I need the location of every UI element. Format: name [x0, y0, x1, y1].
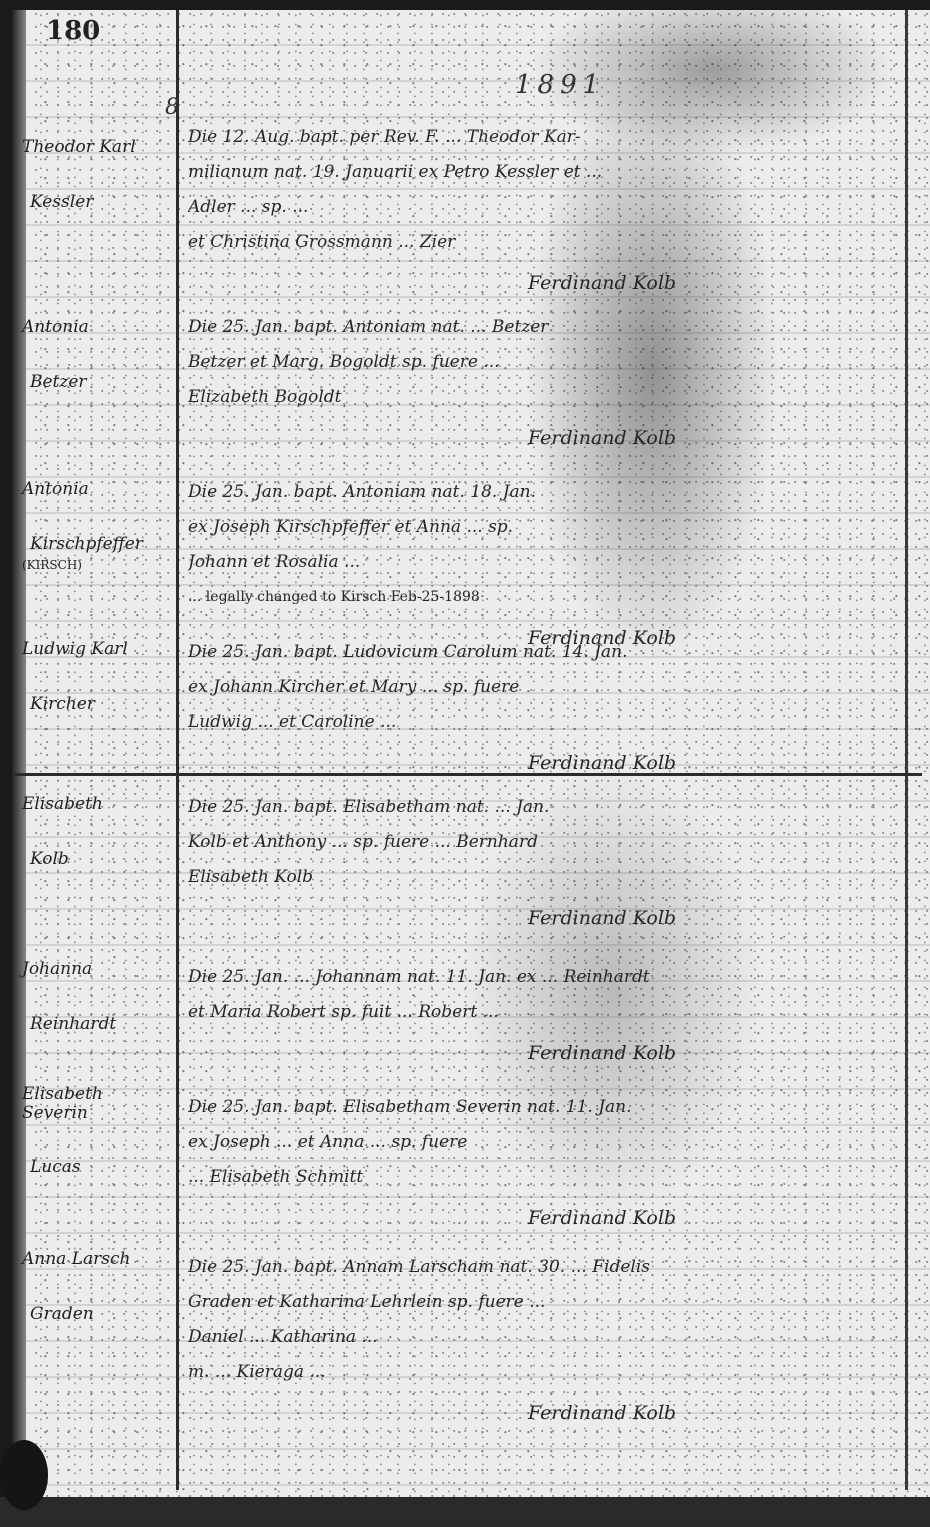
- given-name: Antonia: [22, 318, 174, 337]
- entry-number: 8: [165, 95, 179, 120]
- entry-line: Daniel ... Katharina ...: [188, 1320, 888, 1355]
- entry-line: Die 25. Jan. bapt. Annam Larscham nat. 3…: [188, 1250, 888, 1285]
- surname: Kessler: [22, 193, 174, 212]
- surname: Lucas: [22, 1158, 174, 1177]
- given-name: Elisabeth Severin: [22, 1085, 174, 1122]
- entry-line: Graden et Katharina Lehrlein sp. fuere .…: [188, 1285, 888, 1320]
- entry-text: Die 25. Jan. bapt. Annam Larscham nat. 3…: [188, 1250, 888, 1431]
- entry-line: Die 25. Jan. bapt. Antoniam nat. 18. Jan…: [188, 475, 888, 510]
- given-name: Elisabeth: [22, 795, 174, 814]
- entry-line: Die 25. Jan. ... Johannam nat. 11. Jan. …: [188, 960, 888, 995]
- entry-name: Antonia Kirschpfeffer (KIRSCH): [22, 480, 174, 573]
- entry-name: Johanna Reinhardt: [22, 960, 174, 1033]
- signature: Ferdinand Kolb: [188, 1396, 888, 1431]
- surname: Reinhardt: [22, 1015, 174, 1034]
- given-name: Anna Larsch: [22, 1250, 174, 1269]
- entry-text: Die 25. Jan. bapt. Ludovicum Carolum nat…: [188, 635, 888, 781]
- entry-name: Theodor Karl Kessler: [22, 138, 174, 211]
- entry-text: Die 12. Aug. bapt. per Rev. F. ... Theod…: [188, 120, 888, 301]
- entry-line: ex Joseph Kirschpfeffer et Anna ... sp.: [188, 510, 888, 545]
- signature: Ferdinand Kolb: [188, 266, 888, 301]
- name-change-note: (KIRSCH): [22, 559, 174, 572]
- entry-text: Die 25. Jan. bapt. Antoniam nat. 18. Jan…: [188, 475, 888, 656]
- given-name: Antonia: [22, 480, 174, 499]
- entry-line: Die 25. Jan. bapt. Antoniam nat. ... Bet…: [188, 310, 888, 345]
- entry-name: Antonia Betzer: [22, 318, 174, 391]
- entry-line: ex Johann Kircher et Mary ... sp. fuere: [188, 670, 888, 705]
- signature: Ferdinand Kolb: [188, 1201, 888, 1236]
- signature: Ferdinand Kolb: [188, 421, 888, 456]
- year-heading: 1891: [515, 70, 605, 100]
- entry-line: Die 25. Jan. bapt. Elisabetham Severin n…: [188, 1090, 888, 1125]
- entry-name: Elisabeth Severin Lucas: [22, 1085, 174, 1177]
- surname: Kolb: [22, 850, 174, 869]
- entry-name: Ludwig Karl Kircher: [22, 640, 174, 713]
- given-name: Johanna: [22, 960, 174, 979]
- entry-line: Die 12. Aug. bapt. per Rev. F. ... Theod…: [188, 120, 888, 155]
- entry-line: ex Joseph ... et Anna ... sp. fuere: [188, 1125, 888, 1160]
- entry-line: et Maria Robert sp. fuit ... Robert ...: [188, 995, 888, 1030]
- entry-text: Die 25. Jan. bapt. Elisabetham nat. ... …: [188, 790, 888, 936]
- entry-line: Elisabeth Kolb: [188, 860, 888, 895]
- entry-line: Die 25. Jan. bapt. Ludovicum Carolum nat…: [188, 635, 888, 670]
- column-divider: [176, 10, 179, 1490]
- page-number: 180: [46, 16, 100, 46]
- entry-line: Ludwig ... et Caroline ...: [188, 705, 888, 740]
- surname: Kircher: [22, 695, 174, 714]
- signature: Ferdinand Kolb: [188, 1036, 888, 1071]
- entry-text: Die 25. Jan. bapt. Elisabetham Severin n…: [188, 1090, 888, 1236]
- scan-bottom-edge: [0, 1497, 930, 1527]
- entry-name: Anna Larsch Graden: [22, 1250, 174, 1323]
- entry-line: Johann et Rosalia ...: [188, 545, 888, 580]
- surname: Betzer: [22, 373, 174, 392]
- right-margin-rule: [905, 10, 908, 1490]
- entry-text: Die 25. Jan. ... Johannam nat. 11. Jan. …: [188, 960, 888, 1071]
- entry-line: Die 25. Jan. bapt. Elisabetham nat. ... …: [188, 790, 888, 825]
- entry-text: Die 25. Jan. bapt. Antoniam nat. ... Bet…: [188, 310, 888, 456]
- entry-line: Betzer et Marg. Bogoldt sp. fuere ...: [188, 345, 888, 380]
- entry-line: Kolb et Anthony ... sp. fuere ... Bernha…: [188, 825, 888, 860]
- signature: Ferdinand Kolb: [188, 746, 888, 781]
- entry-line: m. ... Kieraga ...: [188, 1355, 888, 1390]
- entry-line: ... Elisabeth Schmitt: [188, 1160, 888, 1195]
- ink-blot: [0, 1440, 48, 1510]
- entry-name: Elisabeth Kolb: [22, 795, 174, 868]
- entry-line: et Christina Grossmann ... Zier: [188, 225, 888, 260]
- signature: Ferdinand Kolb: [188, 901, 888, 936]
- given-name: Ludwig Karl: [22, 640, 174, 659]
- entry-line: Adler ... sp. ...: [188, 190, 888, 225]
- surname: Kirschpfeffer: [22, 535, 174, 554]
- entry-line: Elizabeth Bogoldt: [188, 380, 888, 415]
- entry-line: milianum nat. 19. Januarii ex Petro Kess…: [188, 155, 888, 190]
- given-name: Theodor Karl: [22, 138, 174, 157]
- surname: Graden: [22, 1305, 174, 1324]
- entry-annotation: ... legally changed to Kirsch Feb-25-189…: [188, 580, 888, 615]
